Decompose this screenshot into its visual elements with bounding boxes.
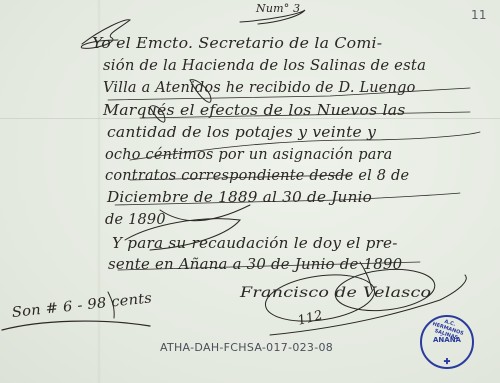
body-line-5: cantidad de los potajes y veinte y — [107, 125, 376, 141]
signature: Francisco de Velasco — [240, 285, 431, 301]
body-line-4: Marqués el efectos de los Nuevos las — [103, 103, 406, 119]
archive-code: ATHA-DAH-FCHSA-017-023-08 — [160, 341, 333, 354]
folio-number: 11 — [471, 8, 487, 22]
body-line-3: Villa a Atenidos he recibido de D. Lueng… — [103, 80, 416, 96]
body-line-6: ocho céntimos por un asignación para — [105, 147, 393, 163]
body-line-2: sión de la Hacienda de los Salinas de es… — [103, 58, 426, 74]
header-label: Num° 3 — [256, 2, 300, 15]
stamp-center-text: AÑANA — [422, 336, 472, 344]
body-line-8: Diciembre de 1889 al 30 de Junio — [107, 190, 372, 206]
closing-line-1: Y para su recaudación le doy el pre- — [112, 236, 398, 252]
stamp-cross-icon: ✚ — [422, 356, 472, 366]
archive-stamp: A.C. HERMANOS SALINAS AÑANA ✚ — [420, 315, 474, 369]
closing-line-2: sente en Añana a 30 de Junio de 1890 — [108, 257, 402, 273]
body-line-7: contratos correspondiente desde el 8 de — [105, 168, 409, 184]
body-line-9: de 1890 — [105, 212, 166, 228]
body-line-1: Yo el Emcto. Secretario de la Comi- — [92, 34, 382, 52]
